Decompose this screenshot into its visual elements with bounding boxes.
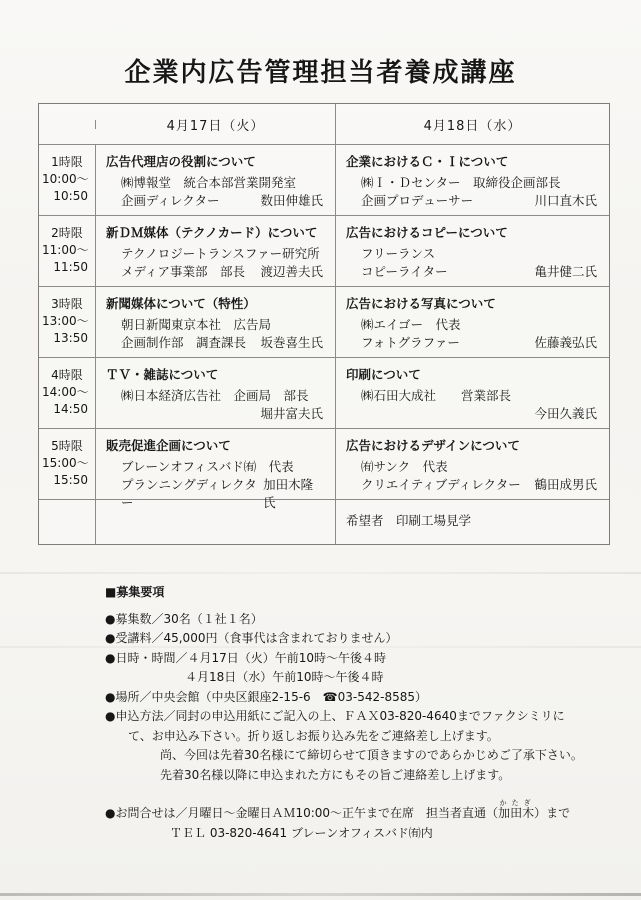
session-speaker: 川口直木氏 xyxy=(534,192,597,210)
session-org: ㈱博報堂 統合本部営業開発室 xyxy=(106,174,327,192)
period-label: 3時限 xyxy=(39,296,95,313)
time-cell: 4時限 14:00～ 14:50 xyxy=(39,358,96,428)
session-cell-day2: 広告におけるデザインについて ㈲サンク 代表 クリエイティブディレクター鶴田成男… xyxy=(336,429,609,499)
recruitment-section: ■募集要項 ●募集数／30名（１社１名） ●受講料／45,000円（食事代は含ま… xyxy=(105,583,605,843)
table-row: 5時限 15:00～ 15:50 販売促進企画について ブレーンオフィスバド㈲ … xyxy=(39,428,609,499)
time-start: 11:00～ xyxy=(39,242,95,259)
header-time-cell xyxy=(39,120,96,129)
session-cell-day1: 販売促進企画について ブレーンオフィスバド㈲ 代表 プランニングディレクター加田… xyxy=(96,429,336,499)
recruitment-datetime-1: ●日時・時間／４月17日（火）午前10時～午後４時 xyxy=(105,649,605,669)
session-topic: 販売促進企画について xyxy=(106,437,327,455)
application-line-4: 先着30名様以降に申込まれた方にもその旨ご連絡差し上げます。 xyxy=(105,766,605,786)
session-topic: ＴＶ・雑誌について xyxy=(106,366,327,384)
contact-furigana: かたぎ xyxy=(498,799,534,807)
session-org: ㈱Ｉ・Ｄセンター 取締役企画部長 xyxy=(346,174,601,192)
session-cell-day2: 印刷について ㈱石田大成社 営業部長 今田久義氏 xyxy=(336,358,609,428)
session-speaker: 佐藤義弘氏 xyxy=(534,334,597,352)
period-label: 2時限 xyxy=(39,225,95,242)
session-cell-day1: 広告代理店の役割について ㈱博報堂 統合本部営業開発室 企画ディレクター数田伸雄… xyxy=(96,145,336,215)
session-topic: 新ＤＭ媒体（テクノカード）について xyxy=(106,224,327,242)
session-speaker: 堀井富夫氏 xyxy=(260,405,323,423)
session-role: 企画プロデューサー xyxy=(361,192,473,210)
contact-line: ●お問合せは／月曜日～金曜日ＡＭ10:00～正午まで在席 担当者直通（加田木かた… xyxy=(105,799,605,824)
session-org: ㈱エイゴー 代表 xyxy=(346,316,601,334)
session-org: フリーランス xyxy=(346,245,601,263)
session-role: クリエイティブディレクター xyxy=(361,476,521,494)
time-cell-empty xyxy=(39,500,96,544)
recruitment-capacity: ●募集数／30名（１社１名） xyxy=(105,610,605,630)
session-cell-day1: 新ＤＭ媒体（テクノカード）について テクノロジートランスファー研究所 メディア事… xyxy=(96,216,336,286)
session-topic: 印刷について xyxy=(346,366,601,384)
session-speaker: 今田久義氏 xyxy=(534,405,597,423)
session-role: フォトグラファー xyxy=(361,334,460,352)
table-row: 1時限 10:00～ 10:50 広告代理店の役割について ㈱博報堂 統合本部営… xyxy=(39,144,609,215)
session-org: 朝日新聞東京本社 広告局 xyxy=(106,316,327,334)
time-cell: 1時限 10:00～ 10:50 xyxy=(39,145,96,215)
session-cell-day1: 新聞媒体について（特性） 朝日新聞東京本社 広告局 企画制作部 調査課長坂巻喜生… xyxy=(96,287,336,357)
session-speaker: 数田伸雄氏 xyxy=(260,192,323,210)
session-role: メディア事業部 部長 xyxy=(121,263,245,281)
session-org: ㈲サンク 代表 xyxy=(346,458,601,476)
table-row: 2時限 11:00～ 11:50 新ＤＭ媒体（テクノカード）について テクノロジ… xyxy=(39,215,609,286)
time-start: 10:00～ xyxy=(39,171,95,188)
application-line-2: て、お申込み下さい。折り返しお振り込み先をご連絡差し上げます。 xyxy=(105,727,605,747)
period-label: 5時限 xyxy=(39,438,95,455)
session-cell-day2: 企業におけるＣ・Ｉについて ㈱Ｉ・Ｄセンター 取締役企画部長 企画プロデューサー… xyxy=(336,145,609,215)
contact-suffix: ）まで xyxy=(534,806,570,820)
time-start: 14:00～ xyxy=(39,384,95,401)
session-role: 企画制作部 調査課長 xyxy=(121,334,246,352)
session-topic: 広告における写真について xyxy=(346,295,601,313)
recruitment-heading: ■募集要項 xyxy=(105,583,605,603)
session-speaker: 鶴田成男氏 xyxy=(534,476,597,494)
session-speaker: 坂巻喜生氏 xyxy=(260,334,323,352)
session-speaker: 亀井健二氏 xyxy=(534,263,597,281)
footer-cell-day1 xyxy=(96,500,336,544)
session-role: 企画ディレクター xyxy=(121,192,220,210)
time-end: 15:50 xyxy=(39,472,95,489)
application-line-1: ●申込方法／同封の申込用紙にご記入の上、ＦＡＸ03-820-4640までファクシ… xyxy=(105,707,605,727)
contact-prefix: ●お問合せは／月曜日～金曜日ＡＭ10:00～正午まで在席 担当者直通（ xyxy=(105,806,498,820)
time-start: 15:00～ xyxy=(39,455,95,472)
footer-note: 希望者 印刷工場見学 xyxy=(336,500,609,544)
header-day1: 4月17日（火） xyxy=(96,104,336,144)
time-cell: 5時限 15:00～ 15:50 xyxy=(39,429,96,499)
tel-line: ＴＥＬ 03-820-4641 ブレーンオフィスバド㈲内 xyxy=(105,824,605,844)
recruitment-place: ●場所／中央会館（中央区銀座2-15-6 ☎03-542-8585） xyxy=(105,688,605,708)
session-topic: 広告代理店の役割について xyxy=(106,153,327,171)
period-label: 4時限 xyxy=(39,367,95,384)
session-speaker: 渡辺善夫氏 xyxy=(260,263,323,281)
session-org: ブレーンオフィスバド㈲ 代表 xyxy=(106,458,327,476)
time-cell: 2時限 11:00～ 11:50 xyxy=(39,216,96,286)
table-row: 4時限 14:00～ 14:50 ＴＶ・雑誌について ㈱日本経済広告社 企画局 … xyxy=(39,357,609,428)
session-cell-day1: ＴＶ・雑誌について ㈱日本経済広告社 企画局 部長 堀井富夫氏 xyxy=(96,358,336,428)
session-topic: 広告におけるデザインについて xyxy=(346,437,601,455)
table-header-row: 4月17日（火） 4月18日（水） xyxy=(39,104,609,144)
period-label: 1時限 xyxy=(39,154,95,171)
session-org: テクノロジートランスファー研究所 xyxy=(106,245,327,263)
paper-crease xyxy=(0,572,641,574)
table-footer-row: 希望者 印刷工場見学 xyxy=(39,499,609,544)
recruitment-fee: ●受講料／45,000円（食事代は含まれておりません） xyxy=(105,629,605,649)
session-topic: 企業におけるＣ・Ｉについて xyxy=(346,153,601,171)
time-end: 11:50 xyxy=(39,259,95,276)
contact-name-ruby: 加田木かたぎ xyxy=(498,806,534,820)
time-end: 13:50 xyxy=(39,330,95,347)
time-start: 13:00～ xyxy=(39,313,95,330)
session-cell-day2: 広告におけるコピーについて フリーランス コピーライター亀井健二氏 xyxy=(336,216,609,286)
recruitment-datetime-2: ４月18日（水）午前10時～午後４時 xyxy=(105,668,605,688)
schedule-table: 4月17日（火） 4月18日（水） 1時限 10:00～ 10:50 広告代理店… xyxy=(38,103,610,545)
scan-bottom-edge xyxy=(0,893,641,896)
application-line-3: 尚、今回は先着30名様にて締切らせて頂きますのであらかじめご了承下さい。 xyxy=(105,746,605,766)
session-cell-day2: 広告における写真について ㈱エイゴー 代表 フォトグラファー佐藤義弘氏 xyxy=(336,287,609,357)
page-title: 企業内広告管理担当者養成講座 xyxy=(0,52,641,89)
table-row: 3時限 13:00～ 13:50 新聞媒体について（特性） 朝日新聞東京本社 広… xyxy=(39,286,609,357)
session-org: ㈱日本経済広告社 企画局 部長 xyxy=(106,387,327,405)
time-end: 10:50 xyxy=(39,188,95,205)
session-topic: 新聞媒体について（特性） xyxy=(106,295,327,313)
time-cell: 3時限 13:00～ 13:50 xyxy=(39,287,96,357)
session-topic: 広告におけるコピーについて xyxy=(346,224,601,242)
header-day2: 4月18日（水） xyxy=(336,104,609,144)
session-role: コピーライター xyxy=(361,263,448,281)
time-end: 14:50 xyxy=(39,401,95,418)
session-org: ㈱石田大成社 営業部長 xyxy=(346,387,601,405)
